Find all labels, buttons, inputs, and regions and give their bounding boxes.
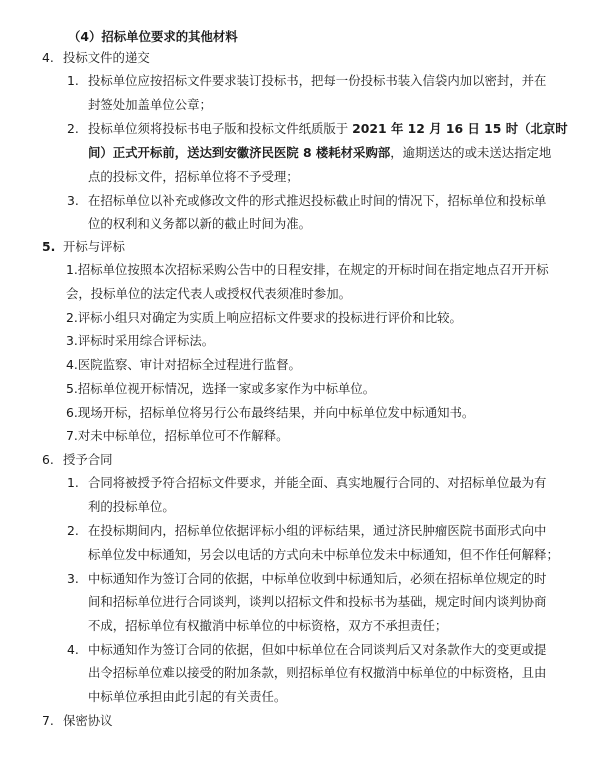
s5-line6: 5.招标单位视开标情况，选择一家或多家作为中标单位。 bbox=[66, 381, 375, 397]
s6-item4-line1: 中标通知作为签订合同的依据，但如中标单位在合同谈判后又对条款作大的变更或提 bbox=[88, 642, 546, 658]
s6-item4-number: 4. bbox=[67, 642, 79, 658]
s6-item1-line1: 合同将被授予符合招标文件要求，并能全面、真实地履行合同的、对招标单位最为有 bbox=[88, 475, 546, 491]
s5-line2: 会，投标单位的法定代表人或授权代表须准时参加。 bbox=[66, 286, 351, 302]
s4-item2-number: 2. bbox=[67, 121, 79, 137]
section-4-number: 4. bbox=[42, 50, 54, 66]
s6-item3-line2: 间和招标单位进行合同谈判，谈判以招标文件和投标书为基础，规定时间内谈判协商 bbox=[88, 594, 546, 610]
s4-item3-line2: 位的权利和义务都以新的截止时间为准。 bbox=[88, 216, 311, 232]
section-6-number: 6. bbox=[42, 452, 54, 468]
s5-line1: 1.招标单位按照本次招标采购公告中的日程安排，在规定的开标时间在指定地点召开开标 bbox=[66, 262, 549, 278]
deadline-location: 间）正式开标前，送达到安徽济民医院 8 楼耗材采购部 bbox=[88, 145, 390, 160]
s4-item1-line2: 封签处加盖单位公章； bbox=[88, 97, 212, 113]
s4-item1-number: 1. bbox=[67, 73, 79, 89]
s6-item4-line3: 中标单位承担由此引起的有关责任。 bbox=[88, 689, 286, 705]
document-page: （4）招标单位要求的其他材料 4. 投标文件的递交 1. 投标单位应按招标文件要… bbox=[0, 0, 609, 769]
s5-line8: 7.对未中标单位，招标单位可不作解释。 bbox=[66, 428, 288, 444]
section-4-title: 投标文件的递交 bbox=[63, 50, 150, 66]
s5-line3: 2.评标小组只对确定为实质上响应招标文件要求的投标进行评价和比较。 bbox=[66, 310, 462, 326]
s4-item2-line3: 点的投标文件，招标单位将不予受理； bbox=[88, 169, 299, 185]
s6-item2-line2: 标单位发中标通知，另会以电话的方式向未中标单位发未中标通知，但不作任何解释； bbox=[88, 547, 559, 563]
s6-item3-line3: 不成，招标单位有权撤消中标单位的中标资格，双方不承担责任； bbox=[88, 618, 447, 634]
s5-line7: 6.现场开标，招标单位将另行公布最终结果，并向中标单位发中标通知书。 bbox=[66, 405, 474, 421]
s5-line5: 4.医院监察、审计对招标全过程进行监督。 bbox=[66, 357, 301, 373]
s6-item2-line1: 在投标期间内，招标单位依据评标小组的评标结果，通过济民肿瘤医院书面形式向中 bbox=[88, 523, 546, 539]
s4-item1-line1: 投标单位应按招标文件要求装订投标书，把每一份投标书装入信袋内加以密封，并在 bbox=[88, 73, 546, 89]
s6-item1-line2: 利的投标单位。 bbox=[88, 499, 175, 515]
s4-item2-line2: 间）正式开标前，送达到安徽济民医院 8 楼耗材采购部，逾期送达的或未送达指定地 bbox=[88, 145, 551, 161]
s4-item2-line1: 投标单位须将投标书电子版和投标文件纸质版于 2021 年 12 月 16 日 1… bbox=[88, 121, 568, 137]
s6-item3-number: 3. bbox=[67, 571, 79, 587]
s4-item3-line1: 在招标单位以补充或修改文件的形式推迟投标截止时间的情况下，招标单位和投标单 bbox=[88, 193, 546, 209]
s4-item3-number: 3. bbox=[67, 193, 79, 209]
deadline-datetime: 2021 年 12 月 16 日 15 时（北京时 bbox=[352, 121, 568, 136]
s6-item3-line1: 中标通知作为签订合同的依据，中标单位收到中标通知后，必须在招标单位规定的时 bbox=[88, 571, 546, 587]
s6-item4-line2: 出令招标单位难以接受的附加条款，则招标单位有权撤消中标单位的中标资格，且由 bbox=[88, 665, 546, 681]
s6-item2-number: 2. bbox=[67, 523, 79, 539]
subheading: （4）招标单位要求的其他材料 bbox=[68, 29, 238, 45]
section-6-title: 授予合同 bbox=[63, 452, 113, 468]
s5-line4: 3.评标时采用综合评标法。 bbox=[66, 333, 214, 349]
s6-item1-number: 1. bbox=[67, 475, 79, 491]
section-5-title: 开标与评标 bbox=[63, 239, 125, 255]
section-5-number: 5. bbox=[42, 239, 55, 255]
